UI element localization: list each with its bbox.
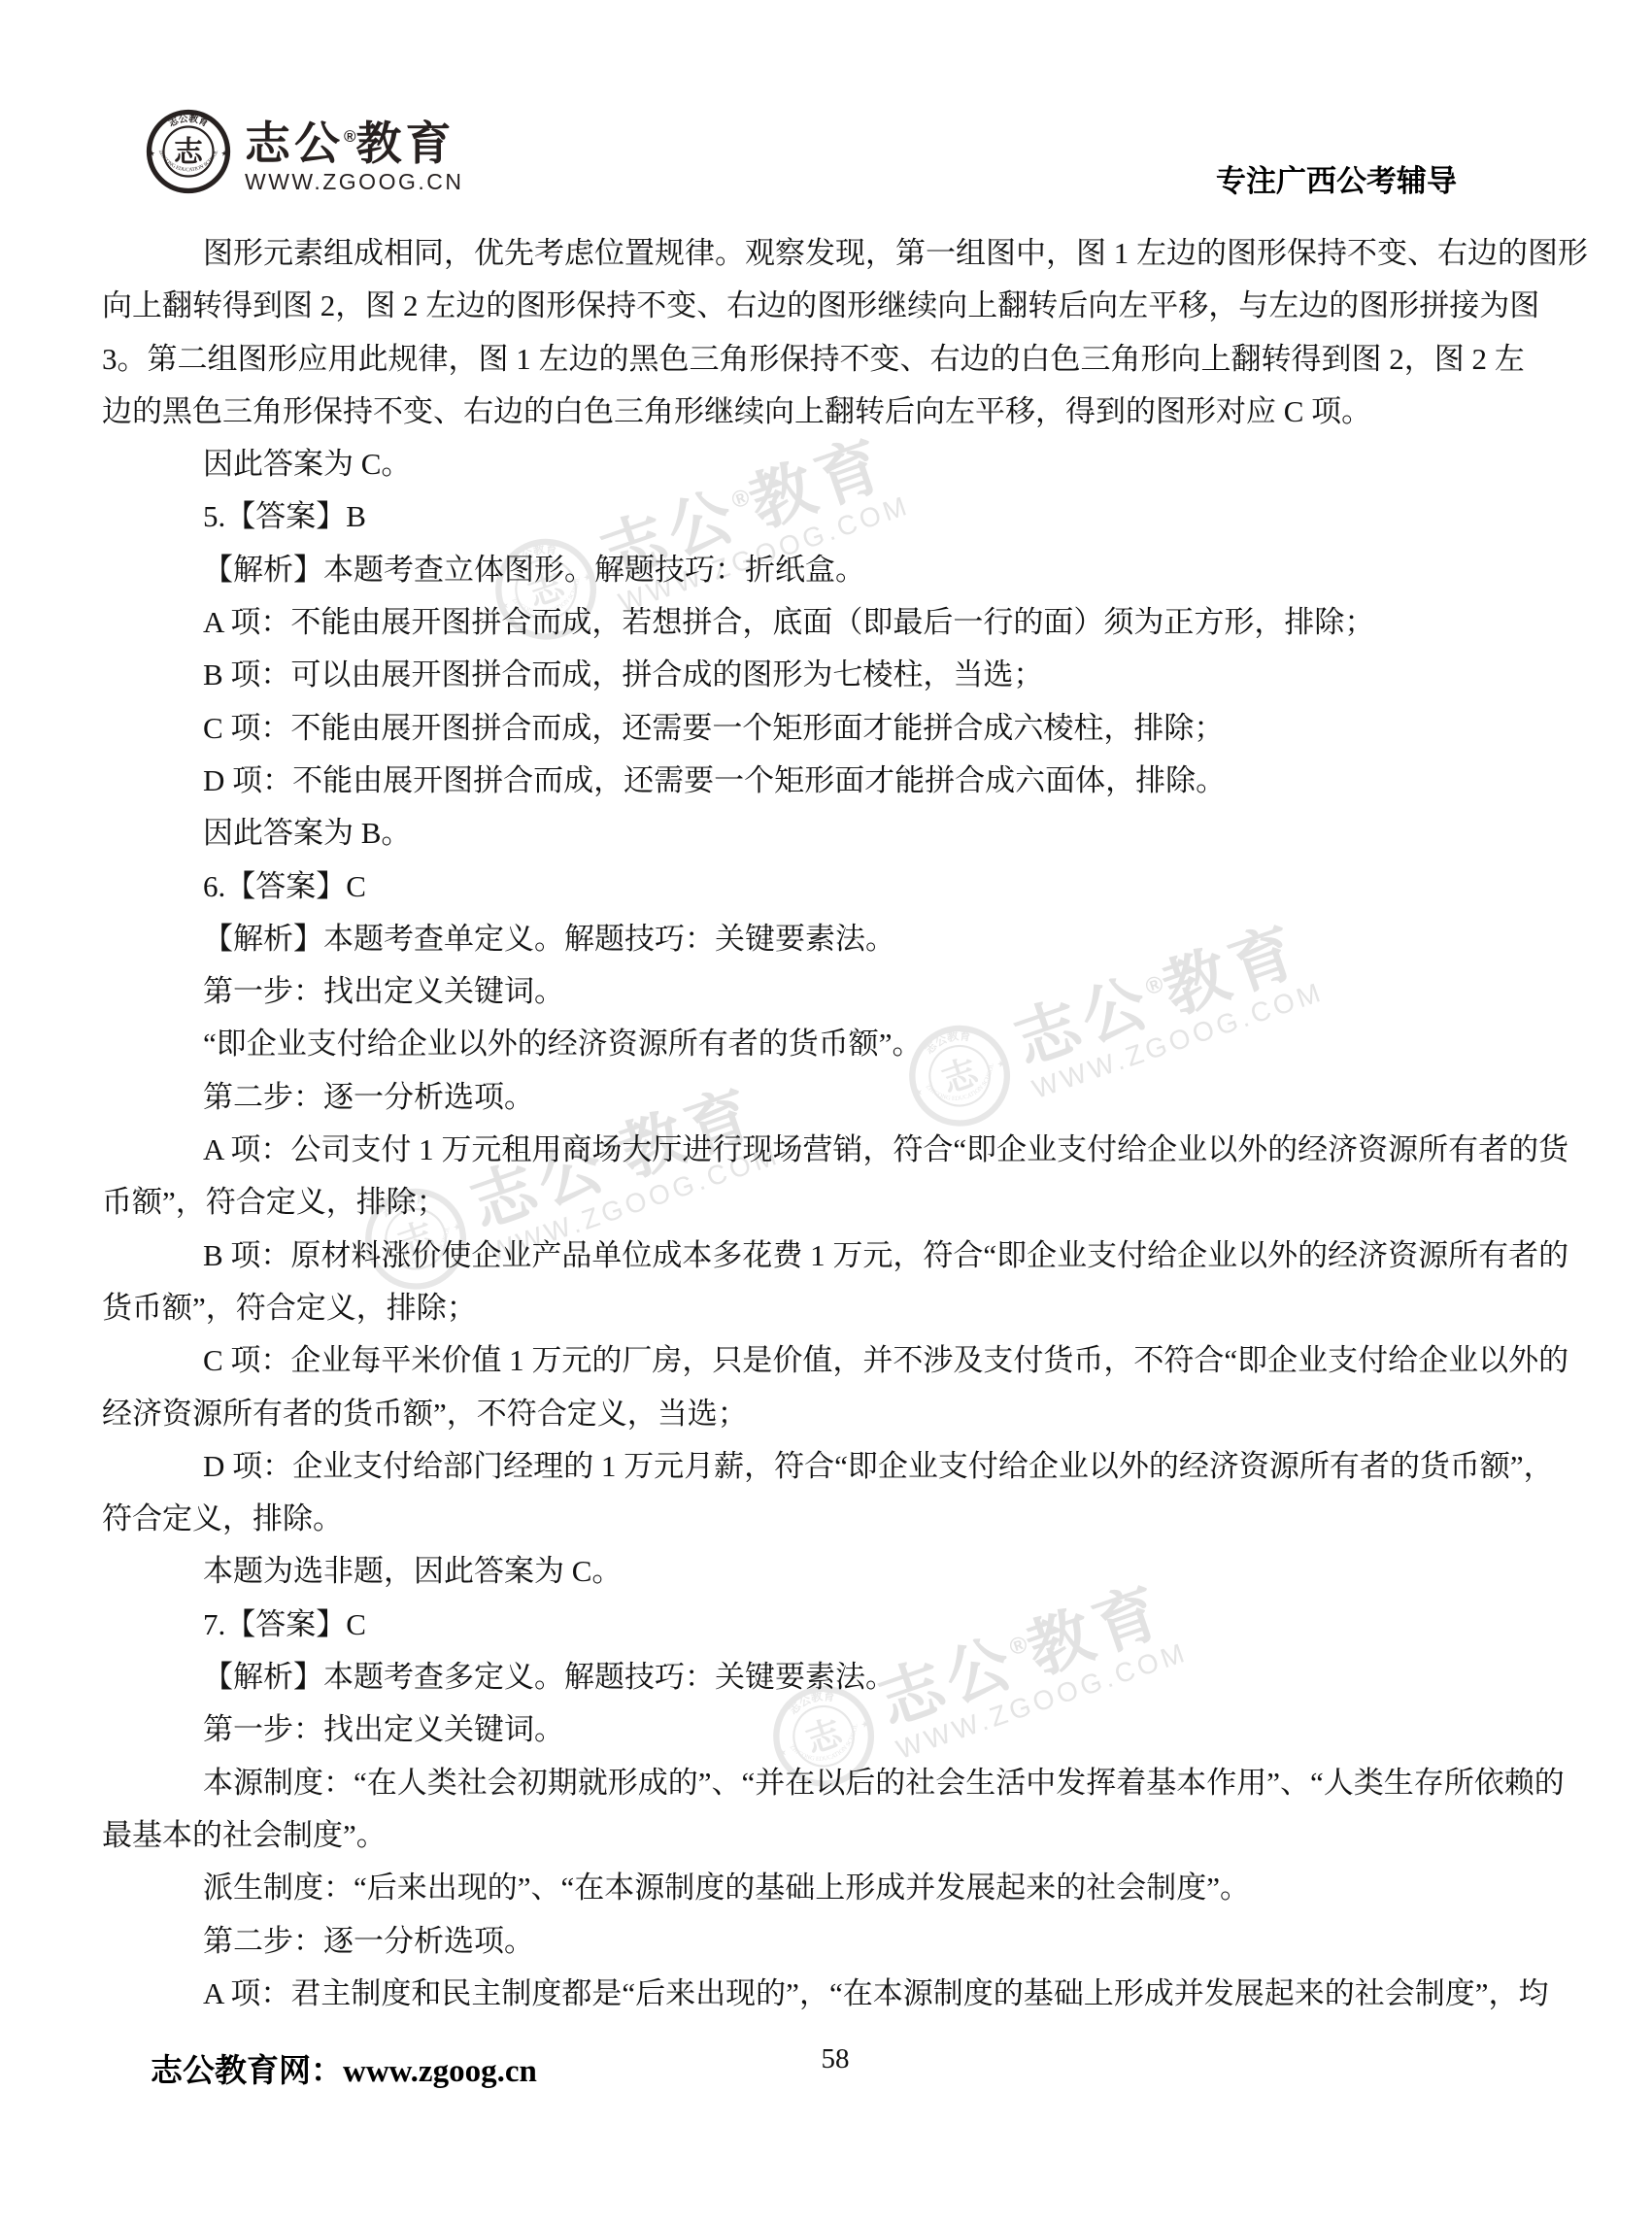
text-line: 符合定义，排除。 (102, 1493, 1530, 1545)
svg-text:★: ★ (220, 149, 227, 157)
text-line: 因此答案为 B。 (102, 807, 1530, 860)
svg-text:★: ★ (149, 149, 155, 157)
brand-logo: 志 志公教育 ZHIGONG EDUCATION SCHOOL ★ ★ 志公®教… (146, 109, 463, 195)
footer-site-label: 志公教育网：www.zgoog.cn (151, 2045, 537, 2091)
text-line: 5.【答案】B (102, 490, 1530, 543)
text-line: 本源制度：“在人类社会初期就形成的”、“并在以后的社会生活中发挥着基本作用”、“… (102, 1757, 1530, 1809)
text-line: “即企业支付给企业以外的经济资源所有者的货币额”。 (102, 1018, 1530, 1070)
text-line: B 项：原材料涨价使企业产品单位成本多花费 1 万元，符合“即企业支付给企业以外… (102, 1230, 1530, 1282)
text-line: 第一步：找出定义关键词。 (102, 1703, 1530, 1756)
text-line: D 项：不能由展开图拼合而成，还需要一个矩形面才能拼合成六面体，排除。 (102, 755, 1530, 807)
zhigong-seal-icon: 志 志公教育 ZHIGONG EDUCATION SCHOOL ★ ★ (146, 109, 231, 194)
text-line: 本题为选非题，因此答案为 C。 (102, 1545, 1530, 1598)
text-line: A 项：君主制度和民主制度都是“后来出现的”，“在本源制度的基础上形成并发展起来… (102, 1968, 1530, 2020)
text-line: 货币额”，符合定义，排除； (102, 1282, 1530, 1334)
text-line: 第二步：逐一分析选项。 (102, 1071, 1530, 1124)
brand-site-url: WWW.ZGOOG.CN (245, 169, 463, 195)
text-line: 7.【答案】C (102, 1599, 1530, 1651)
text-line: 图形元素组成相同，优先考虑位置规律。观察发现，第一组图中，图 1 左边的图形保持… (102, 227, 1530, 280)
page-number: 58 (796, 2043, 874, 2075)
text-line: 最基本的社会制度”。 (102, 1809, 1530, 1862)
text-line: 向上翻转得到图 2，图 2 左边的图形保持不变、右边的图形继续向上翻转后向左平移… (102, 280, 1530, 332)
text-line: 经济资源所有者的货币额”，不符合定义，当选； (102, 1388, 1530, 1440)
text-line: C 项：企业每平米价值 1 万元的厂房，只是价值，并不涉及支付货币，不符合“即企… (102, 1334, 1530, 1387)
header-tagline: 专注广西公考辅导 (1216, 156, 1457, 200)
brand-name: 志公®教育 (245, 113, 463, 168)
text-line: 第一步：找出定义关键词。 (102, 965, 1530, 1018)
body-text: 图形元素组成相同，优先考虑位置规律。观察发现，第一组图中，图 1 左边的图形保持… (102, 227, 1530, 2020)
text-line: D 项：企业支付给部门经理的 1 万元月薪，符合“即企业支付给企业以外的经济资源… (102, 1440, 1530, 1493)
brand-logo-text: 志公®教育 WWW.ZGOOG.CN (245, 109, 463, 195)
text-line: C 项：不能由展开图拼合而成，还需要一个矩形面才能拼合成六棱柱，排除； (102, 702, 1530, 755)
text-line: 【解析】本题考查立体图形。解题技巧：折纸盒。 (102, 544, 1530, 596)
text-line: 派生制度：“后来出现的”、“在本源制度的基础上形成并发展起来的社会制度”。 (102, 1862, 1530, 1914)
svg-text:志: 志 (174, 137, 204, 169)
text-line: 币额”，符合定义，排除； (102, 1176, 1530, 1229)
document-page: 志 志公教育 ZHIGONG EDUCATION SCHOOL ★ ★ 志公®教… (0, 0, 1652, 2225)
text-line: 边的黑色三角形保持不变、右边的白色三角形继续向上翻转后向左平移，得到的图形对应 … (102, 386, 1530, 438)
text-line: 6.【答案】C (102, 860, 1530, 913)
text-line: A 项：不能由展开图拼合而成，若想拼合，底面（即最后一行的面）须为正方形，排除； (102, 596, 1530, 649)
text-line: 因此答案为 C。 (102, 438, 1530, 490)
text-line: 【解析】本题考查单定义。解题技巧：关键要素法。 (102, 913, 1530, 965)
text-line: A 项：公司支付 1 万元租用商场大厅进行现场营销，符合“即企业支付给企业以外的… (102, 1124, 1530, 1176)
text-line: B 项：可以由展开图拼合而成，拼合成的图形为七棱柱，当选； (102, 649, 1530, 701)
text-line: 【解析】本题考查多定义。解题技巧：关键要素法。 (102, 1651, 1530, 1703)
text-line: 3。第二组图形应用此规律，图 1 左边的黑色三角形保持不变、右边的白色三角形向上… (102, 333, 1530, 386)
text-line: 第二步：逐一分析选项。 (102, 1915, 1530, 1968)
